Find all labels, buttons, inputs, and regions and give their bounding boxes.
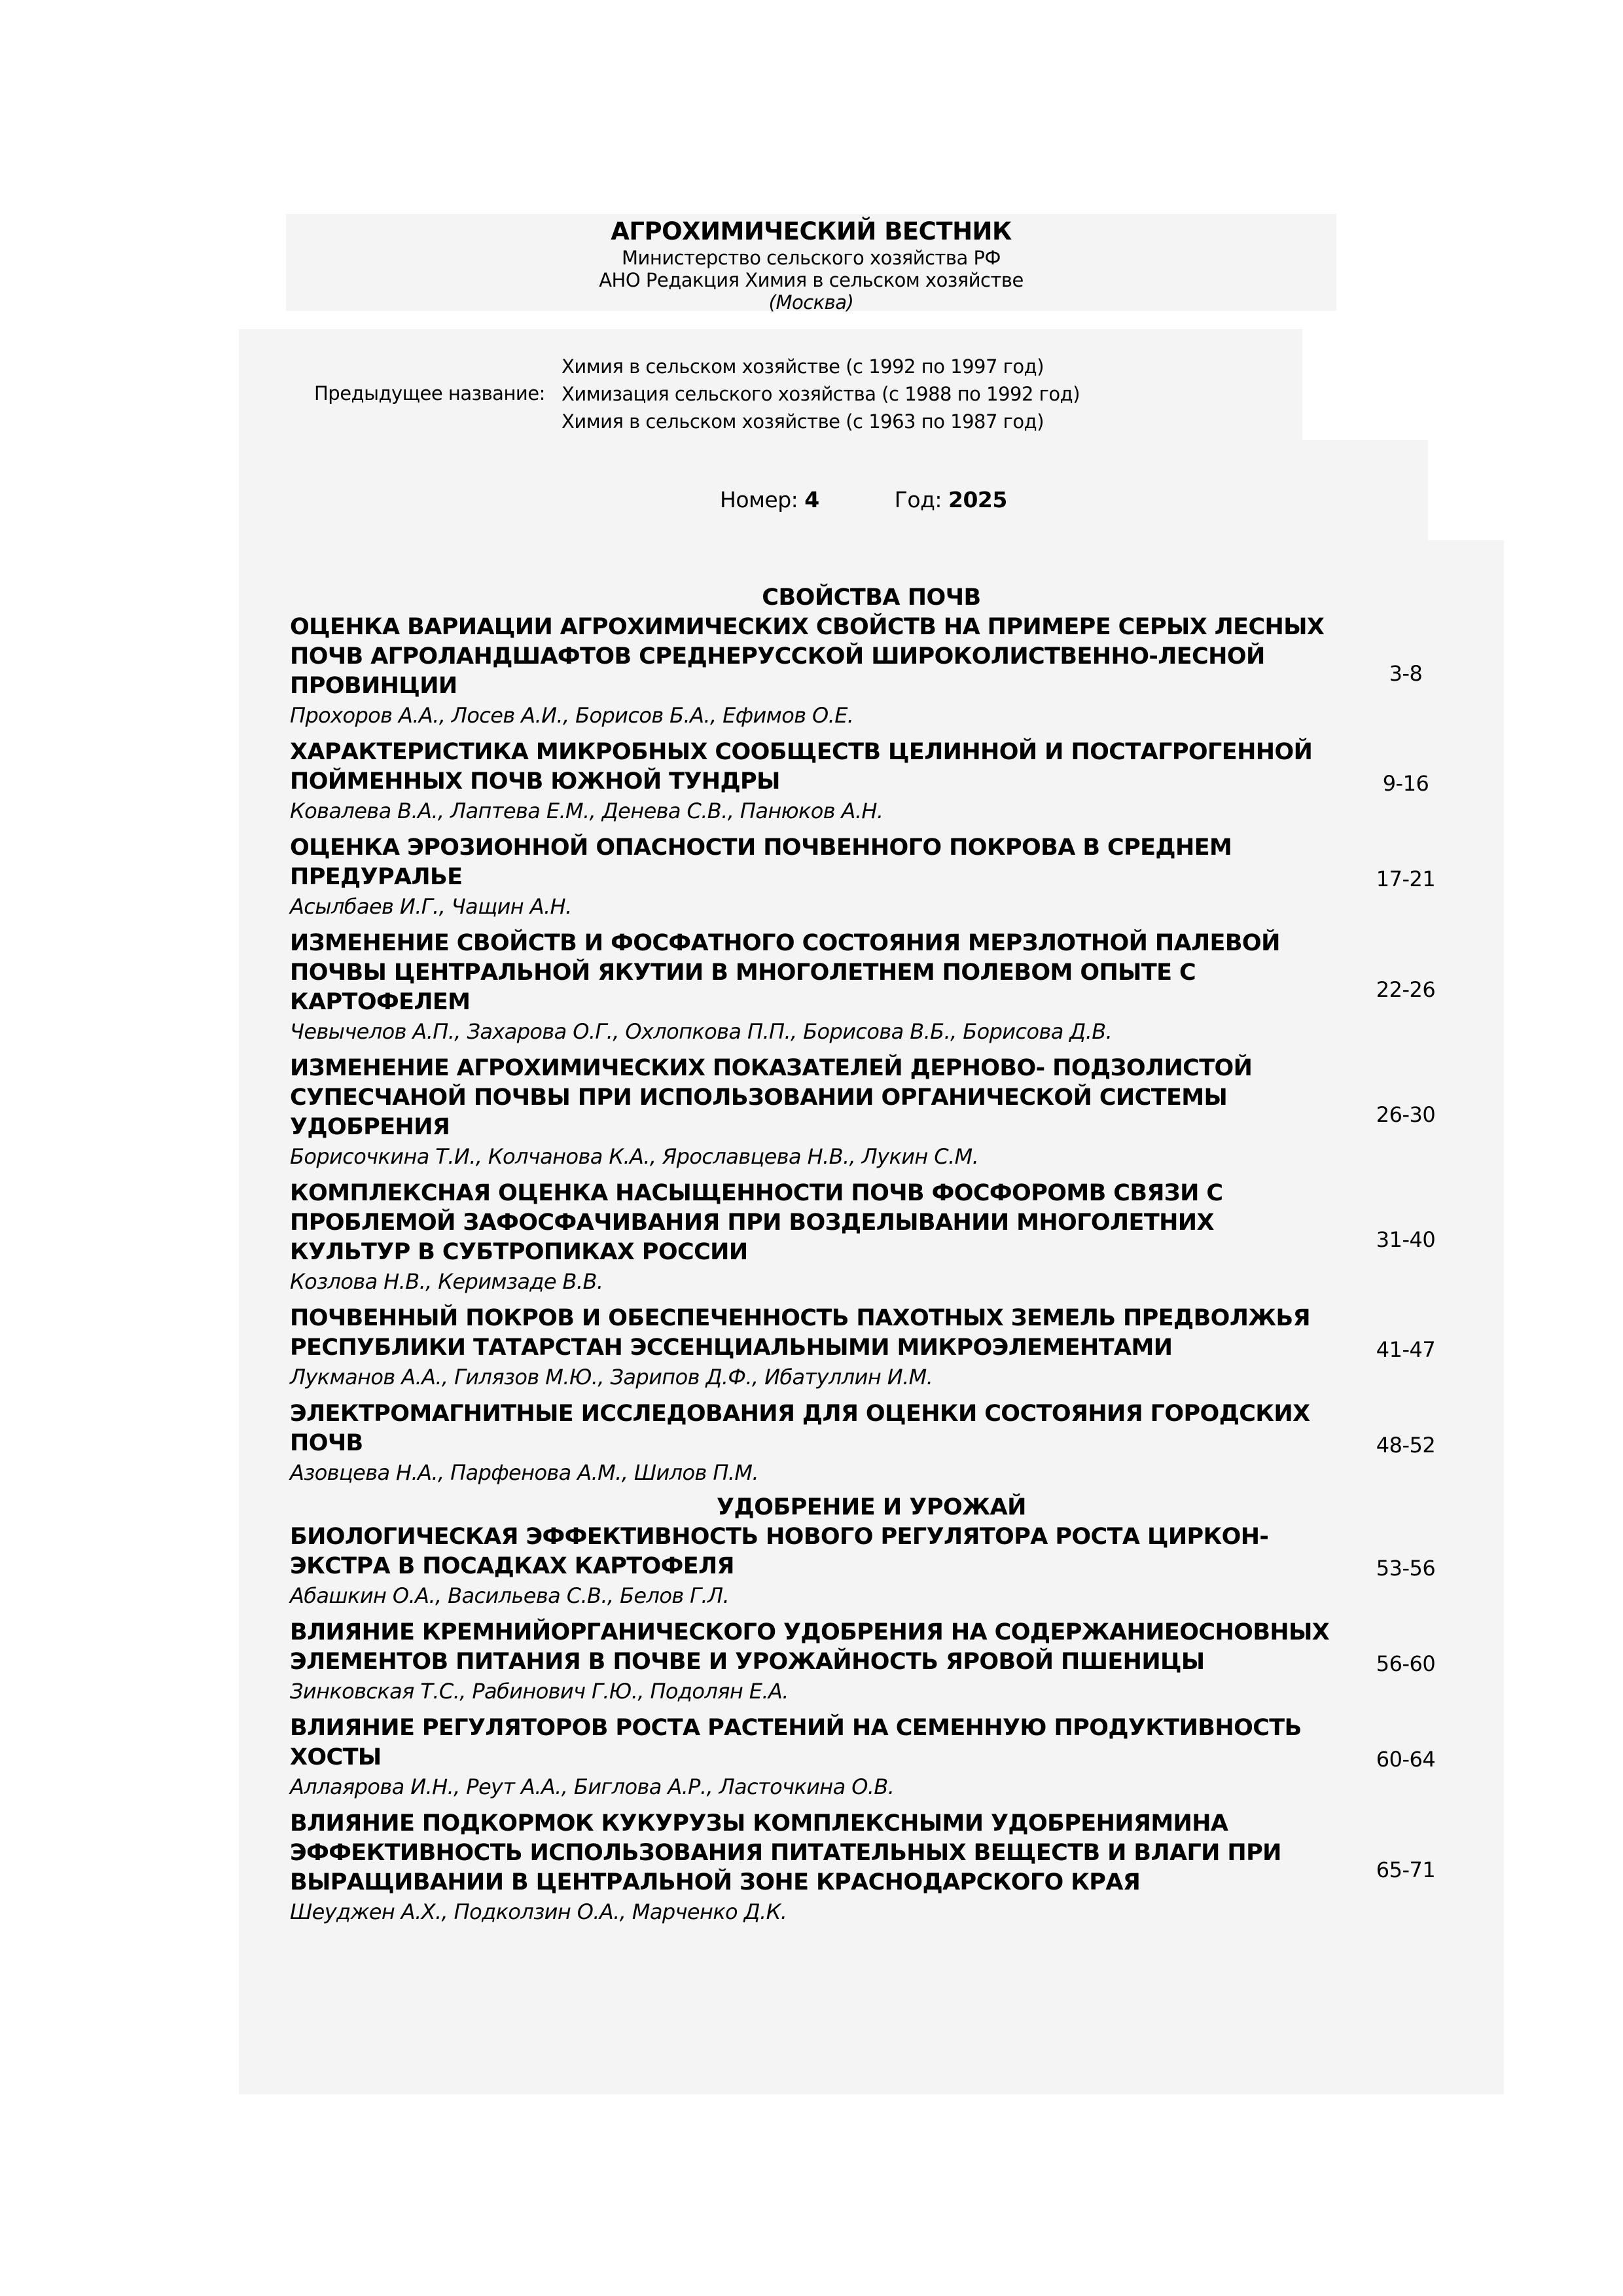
article-title[interactable]: ХАРАКТЕРИСТИКА МИКРОБНЫХ СООБЩЕСТВ ЦЕЛИН… — [290, 738, 1337, 797]
article-pages: 65-71 — [1337, 1857, 1468, 1882]
previous-names-block: Предыдущее название: Химия в сельском хо… — [239, 329, 1302, 440]
article-authors: Прохоров А.А., Лосев А.И., Борисов Б.А.,… — [290, 701, 1337, 730]
toc-article[interactable]: ХАРАКТЕРИСТИКА МИКРОБНЫХ СООБЩЕСТВ ЦЕЛИН… — [290, 738, 1481, 833]
article-title[interactable]: ВЛИЯНИЕ ПОДКОРМОК КУКУРУЗЫ КОМПЛЕКСНЫМИ … — [290, 1809, 1337, 1897]
publisher-ministry: Министерство сельского хозяйства РФ — [286, 247, 1336, 269]
journal-header: АГРОХИМИЧЕСКИЙ ВЕСТНИК Министерство сель… — [286, 214, 1336, 311]
publisher-city: (Москва) — [286, 291, 1336, 314]
article-authors: Козлова Н.В., Керимзаде В.В. — [290, 1267, 1337, 1296]
article-title[interactable]: ВЛИЯНИЕ КРЕМНИЙОРГАНИЧЕСКОГО УДОБРЕНИЯ Н… — [290, 1618, 1337, 1677]
article-pages: 22-26 — [1337, 977, 1468, 1002]
article-pages: 9-16 — [1337, 771, 1468, 796]
article-pages: 3-8 — [1337, 661, 1468, 686]
article-pages: 41-47 — [1337, 1337, 1468, 1362]
previous-name: Химия в сельском хозяйстве (с 1992 по 19… — [562, 353, 1080, 380]
article-authors: Шеуджен А.Х., Подколзин О.А., Марченко Д… — [290, 1897, 1337, 1926]
article-authors: Аллаярова И.Н., Реут А.А., Биглова А.Р.,… — [290, 1772, 1337, 1801]
toc-article[interactable]: ЭЛЕКТРОМАГНИТНЫЕ ИССЛЕДОВАНИЯ ДЛЯ ОЦЕНКИ… — [290, 1399, 1481, 1495]
table-of-contents: СВОЙСТВА ПОЧВ ОЦЕНКА ВАРИАЦИИ АГРОХИМИЧЕ… — [239, 540, 1504, 2094]
publisher-editorial: АНО Редакция Химия в сельском хозяйстве — [286, 269, 1336, 291]
previous-name: Химия в сельском хозяйстве (с 1963 по 19… — [562, 408, 1080, 435]
toc-article[interactable]: ВЛИЯНИЕ ПОДКОРМОК КУКУРУЗЫ КОМПЛЕКСНЫМИ … — [290, 1809, 1481, 1934]
article-pages: 53-56 — [1337, 1556, 1468, 1581]
toc-article[interactable]: ИЗМЕНЕНИЕ СВОЙСТВ И ФОСФАТНОГО СОСТОЯНИЯ… — [290, 929, 1481, 1054]
article-authors: Асылбаев И.Г., Чащин А.Н. — [290, 892, 1337, 921]
article-authors: Лукманов А.А., Гилязов М.Ю., Зарипов Д.Ф… — [290, 1363, 1337, 1391]
article-pages: 17-21 — [1337, 867, 1468, 891]
issue-number-label: Номер: — [720, 487, 798, 512]
article-title[interactable]: БИОЛОГИЧЕСКАЯ ЭФФЕКТИВНОСТЬ НОВОГО РЕГУЛ… — [290, 1522, 1337, 1581]
article-title[interactable]: ПОЧВЕННЫЙ ПОКРОВ И ОБЕСПЕЧЕННОСТЬ ПАХОТН… — [290, 1304, 1337, 1363]
article-pages: 26-30 — [1337, 1102, 1468, 1127]
article-title[interactable]: КОМПЛЕКСНАЯ ОЦЕНКА НАСЫЩЕННОСТИ ПОЧВ ФОС… — [290, 1179, 1337, 1267]
article-authors: Ковалева В.А., Лаптева Е.М., Денева С.В.… — [290, 797, 1337, 825]
article-authors: Борисочкина Т.И., Колчанова К.А., Яросла… — [290, 1142, 1337, 1171]
section-heading: УДОБРЕНИЕ И УРОЖАЙ — [239, 1492, 1504, 1522]
article-title[interactable]: ОЦЕНКА ВАРИАЦИИ АГРОХИМИЧЕСКИХ СВОЙСТВ Н… — [290, 613, 1337, 701]
toc-article[interactable]: ПОЧВЕННЫЙ ПОКРОВ И ОБЕСПЕЧЕННОСТЬ ПАХОТН… — [290, 1304, 1481, 1399]
article-title[interactable]: ИЗМЕНЕНИЕ АГРОХИМИЧЕСКИХ ПОКАЗАТЕЛЕЙ ДЕР… — [290, 1054, 1337, 1142]
journal-title: АГРОХИМИЧЕСКИЙ ВЕСТНИК — [286, 217, 1336, 247]
toc-article[interactable]: ВЛИЯНИЕ КРЕМНИЙОРГАНИЧЕСКОГО УДОБРЕНИЯ Н… — [290, 1618, 1481, 1713]
previous-names-label: Предыдущее название: — [314, 380, 545, 406]
issue-year-label: Год: — [895, 487, 942, 512]
article-authors: Зинковская Т.С., Рабинович Г.Ю., Подолян… — [290, 1677, 1337, 1706]
article-pages: 60-64 — [1337, 1747, 1468, 1772]
article-title[interactable]: ОЦЕНКА ЭРОЗИОННОЙ ОПАСНОСТИ ПОЧВЕННОГО П… — [290, 833, 1337, 892]
article-pages: 48-52 — [1337, 1433, 1468, 1458]
article-pages: 31-40 — [1337, 1227, 1468, 1252]
toc-article[interactable]: ОЦЕНКА ЭРОЗИОННОЙ ОПАСНОСТИ ПОЧВЕННОГО П… — [290, 833, 1481, 929]
previous-names-list: Химия в сельском хозяйстве (с 1992 по 19… — [562, 353, 1080, 435]
article-authors: Абашкин О.А., Васильева С.В., Белов Г.Л. — [290, 1581, 1337, 1610]
toc-article[interactable]: ОЦЕНКА ВАРИАЦИИ АГРОХИМИЧЕСКИХ СВОЙСТВ Н… — [290, 613, 1481, 738]
article-title[interactable]: ИЗМЕНЕНИЕ СВОЙСТВ И ФОСФАТНОГО СОСТОЯНИЯ… — [290, 929, 1337, 1017]
article-authors: Азовцева Н.А., Парфенова А.М., Шилов П.М… — [290, 1458, 1337, 1487]
issue-info: Номер: 4 Год: 2025 — [239, 440, 1428, 540]
toc-article[interactable]: КОМПЛЕКСНАЯ ОЦЕНКА НАСЫЩЕННОСТИ ПОЧВ ФОС… — [290, 1179, 1481, 1304]
section-heading: СВОЙСТВА ПОЧВ — [239, 583, 1504, 613]
article-title[interactable]: ВЛИЯНИЕ РЕГУЛЯТОРОВ РОСТА РАСТЕНИЙ НА СЕ… — [290, 1713, 1337, 1772]
article-authors: Чевычелов А.П., Захарова О.Г., Охлопкова… — [290, 1017, 1337, 1046]
toc-article[interactable]: ВЛИЯНИЕ РЕГУЛЯТОРОВ РОСТА РАСТЕНИЙ НА СЕ… — [290, 1713, 1481, 1809]
toc-article[interactable]: ИЗМЕНЕНИЕ АГРОХИМИЧЕСКИХ ПОКАЗАТЕЛЕЙ ДЕР… — [290, 1054, 1481, 1179]
previous-name: Химизация сельского хозяйства (с 1988 по… — [562, 380, 1080, 408]
toc-article[interactable]: БИОЛОГИЧЕСКАЯ ЭФФЕКТИВНОСТЬ НОВОГО РЕГУЛ… — [290, 1522, 1481, 1618]
issue-number: 4 — [804, 487, 819, 512]
article-pages: 56-60 — [1337, 1651, 1468, 1676]
article-title[interactable]: ЭЛЕКТРОМАГНИТНЫЕ ИССЛЕДОВАНИЯ ДЛЯ ОЦЕНКИ… — [290, 1399, 1337, 1458]
issue-year: 2025 — [948, 487, 1007, 512]
